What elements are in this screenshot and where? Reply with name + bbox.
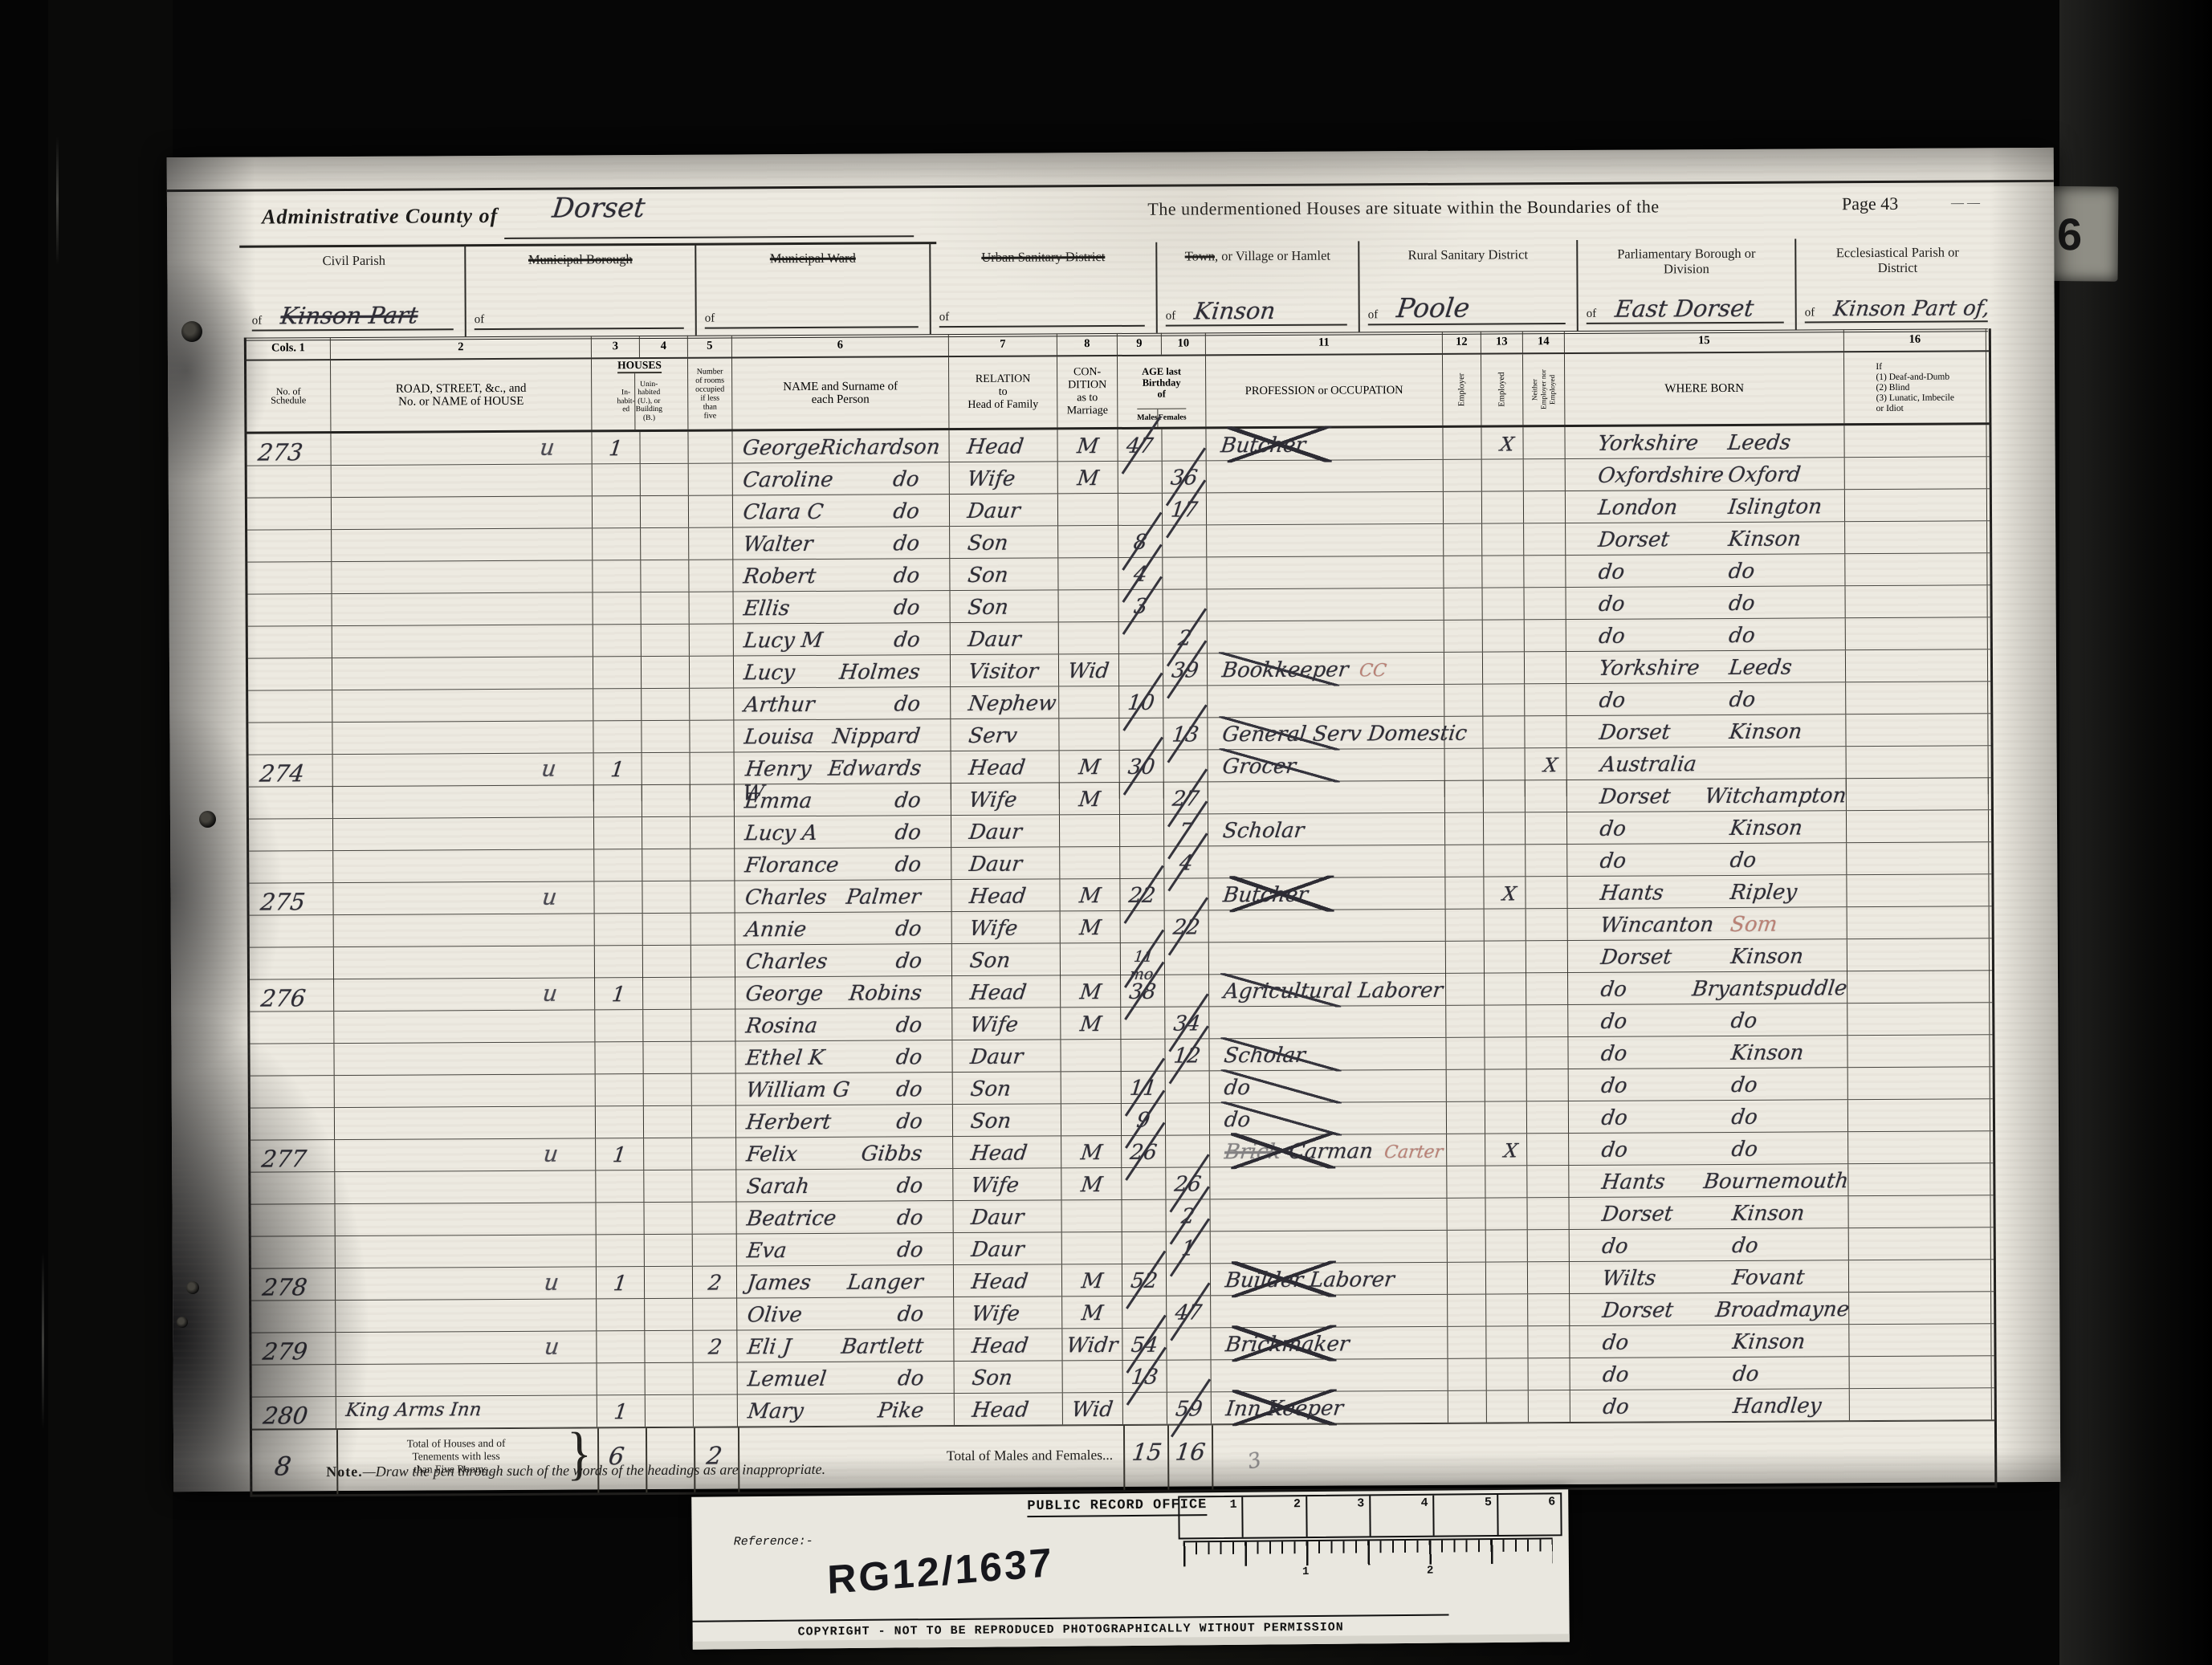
cell-house: u bbox=[331, 432, 592, 465]
cell-condition: Wid bbox=[1063, 1393, 1123, 1424]
cell-occupation bbox=[1210, 1199, 1447, 1231]
cell-inhabited bbox=[597, 1299, 645, 1330]
rural-sanitary-label: Rural Sanitary District bbox=[1359, 246, 1576, 263]
cell-age-male: 38 bbox=[1121, 975, 1165, 1007]
cell-employed bbox=[1485, 1101, 1527, 1133]
cell-neither-employer-employed bbox=[1528, 1230, 1570, 1261]
cell-house bbox=[336, 1299, 597, 1332]
column-number: Cols. 1 bbox=[246, 337, 331, 360]
cell-relation: Son bbox=[953, 1104, 1061, 1136]
cell-employer bbox=[1444, 524, 1482, 556]
cell-name: Emmado bbox=[735, 784, 951, 816]
cell-condition bbox=[1063, 1361, 1123, 1392]
struck-town-word: Town bbox=[1185, 248, 1215, 263]
cell-house: u bbox=[334, 978, 595, 1011]
cell-age-female: 4 bbox=[1164, 846, 1208, 877]
cell-rooms bbox=[692, 1202, 736, 1233]
cell-employer bbox=[1444, 492, 1482, 523]
cell-age-female: 13 bbox=[1163, 718, 1208, 749]
cell-neither-employer-employed bbox=[1523, 427, 1565, 458]
occupation-value: Scholar bbox=[1221, 819, 1306, 844]
cell-condition: M bbox=[1058, 462, 1118, 493]
cell-occupation bbox=[1209, 1006, 1446, 1039]
cell-schedule-number bbox=[251, 1076, 335, 1108]
cell-infirmity bbox=[1847, 1003, 1990, 1035]
cell-condition: M bbox=[1060, 879, 1120, 910]
occupation-value: General Serv Domestic bbox=[1221, 722, 1469, 747]
cell-relation: Head bbox=[951, 879, 1060, 911]
cell-employer bbox=[1444, 621, 1483, 652]
cell-name: Beatricedo bbox=[736, 1201, 953, 1233]
age-male-value: 47 bbox=[1117, 434, 1163, 458]
cell-occupation: Scholar bbox=[1209, 1038, 1446, 1071]
age-male-value: 13 bbox=[1122, 1366, 1168, 1390]
cell-condition bbox=[1061, 1040, 1121, 1071]
relation-value: Son bbox=[968, 949, 1012, 973]
cell-name: MaryPike bbox=[738, 1394, 955, 1426]
cell-schedule-number: 276 bbox=[250, 979, 334, 1012]
cm-number: 1 bbox=[1302, 1565, 1310, 1578]
cell-inhabited bbox=[595, 914, 643, 945]
column-header-row: No. of Schedule ROAD, STREET, &c., and N… bbox=[246, 352, 1989, 434]
header-females: Females bbox=[1159, 409, 1187, 427]
cell-schedule-number bbox=[249, 787, 333, 819]
inhabited-value: 1 bbox=[609, 758, 625, 782]
cell-rooms: 2 bbox=[693, 1266, 737, 1297]
cell-rooms bbox=[691, 945, 735, 980]
condition-value: M bbox=[1080, 1269, 1104, 1293]
relation-value: Daur bbox=[967, 820, 1023, 845]
inhabited-value: 1 bbox=[611, 983, 627, 1007]
cell-employed: X bbox=[1484, 877, 1526, 908]
cell-name: Olivedo bbox=[737, 1297, 954, 1329]
header-age-group: AGE last Birthday of Males Females bbox=[1118, 356, 1206, 427]
column-number: 5 bbox=[688, 335, 732, 356]
municipal-borough-cell: Municipal Borough of bbox=[466, 245, 697, 337]
condition-value: M bbox=[1080, 1301, 1104, 1325]
schedule-number-value: 274 bbox=[259, 759, 306, 787]
occupation-value: Inn Keeper bbox=[1224, 1397, 1345, 1422]
cell-schedule-number bbox=[247, 562, 332, 594]
header-rooms: Number of rooms occupied if less than fi… bbox=[688, 358, 732, 429]
cell-age-female: 59 bbox=[1167, 1392, 1212, 1423]
condition-value: M bbox=[1079, 1141, 1103, 1165]
inch-cell: 6 bbox=[1498, 1494, 1561, 1535]
relation-value: Wife bbox=[970, 1302, 1020, 1326]
cell-condition: M bbox=[1057, 429, 1118, 461]
cell-rooms bbox=[689, 495, 733, 527]
condition-value: Wid bbox=[1067, 659, 1111, 683]
cell-infirmity bbox=[1847, 938, 1990, 975]
cell-condition bbox=[1060, 815, 1120, 846]
cell-rooms bbox=[688, 431, 732, 462]
civil-parish-label: Civil Parish bbox=[243, 252, 464, 268]
cell-schedule-number bbox=[247, 530, 332, 562]
inch-cell: 2 bbox=[1244, 1496, 1308, 1537]
cell-employed bbox=[1482, 491, 1524, 523]
scan-scratch bbox=[56, 136, 59, 265]
civil-parish-value: Kinson Part bbox=[279, 302, 420, 330]
cell-neither-employer-employed bbox=[1524, 459, 1566, 491]
table-body: 273u1GeorgeRichardsonHeadM47ButcherXYork… bbox=[246, 425, 1994, 1429]
cell-age-female: 22 bbox=[1165, 910, 1209, 942]
cell-occupation: Scholar bbox=[1208, 813, 1445, 846]
cell-name: Lemueldo bbox=[738, 1362, 955, 1394]
house-tick-mark: u bbox=[539, 434, 556, 461]
cell-uninhabited bbox=[645, 1299, 693, 1330]
cell-age-male bbox=[1118, 462, 1163, 493]
cell-condition: M bbox=[1061, 911, 1121, 942]
cell-uninhabited bbox=[643, 1010, 691, 1041]
cell-schedule-number bbox=[250, 1012, 334, 1044]
occupation-value: do bbox=[1223, 1108, 1252, 1132]
cell-age-male: 52 bbox=[1122, 1264, 1167, 1296]
cell-where-born: doKinson bbox=[1568, 1036, 1847, 1069]
cell-house bbox=[333, 817, 594, 850]
cell-name: William Gdo bbox=[736, 1073, 953, 1105]
cell-neither-employer-employed bbox=[1526, 909, 1568, 940]
age-female-value: 12 bbox=[1164, 1044, 1211, 1068]
relation-value: Head bbox=[970, 1270, 1029, 1294]
rural-sanitary-cell: Rural Sanitary District of Poole bbox=[1359, 240, 1579, 332]
cell-employed bbox=[1482, 556, 1524, 587]
column-number: 16 bbox=[1844, 328, 1986, 351]
cell-occupation bbox=[1207, 492, 1444, 525]
cell-rooms bbox=[692, 1138, 736, 1169]
relation-value: Wife bbox=[966, 467, 1016, 491]
house-tick-mark: u bbox=[542, 1141, 560, 1167]
cell-inhabited bbox=[593, 464, 641, 495]
cell-relation: Wife bbox=[953, 1168, 1061, 1200]
cell-where-born: YorkshireLeeds bbox=[1566, 650, 1846, 683]
cell-where-born: HantsRipley bbox=[1567, 875, 1847, 908]
cell-inhabited bbox=[595, 946, 643, 981]
cell-employer bbox=[1446, 910, 1485, 941]
header-relation: RELATION to Head of Family bbox=[949, 356, 1057, 428]
cell-schedule-number bbox=[249, 851, 333, 883]
ecclesiastical-parish-value: Kinson Part of, bbox=[1832, 296, 1991, 321]
occupation-red-annotation: CC bbox=[1359, 661, 1388, 681]
age-male-value: 38 bbox=[1119, 980, 1166, 1004]
cell-occupation: do bbox=[1210, 1102, 1447, 1135]
cell-house bbox=[332, 625, 593, 657]
cell-name: Arthurdo bbox=[734, 687, 951, 719]
cell-infirmity bbox=[1845, 457, 1987, 489]
cell-employed bbox=[1483, 652, 1525, 683]
cell-age-male: 13 bbox=[1123, 1361, 1167, 1392]
occupation-value: Scholar bbox=[1223, 1044, 1307, 1069]
cell-uninhabited bbox=[642, 592, 690, 624]
cell-neither-employer-employed bbox=[1526, 877, 1567, 908]
urban-sanitary-label: Urban Sanitary District bbox=[931, 249, 1155, 265]
age-female-value: 47 bbox=[1165, 1301, 1212, 1325]
cell-relation: Daur bbox=[951, 622, 1059, 654]
header-employed: Employed bbox=[1497, 372, 1506, 407]
relation-value: Son bbox=[969, 1109, 1012, 1134]
cell-condition bbox=[1059, 719, 1119, 750]
relation-value: Wife bbox=[967, 788, 1018, 812]
cell-age-female bbox=[1163, 557, 1207, 588]
cell-employer bbox=[1448, 1359, 1487, 1390]
cell-rooms: 2 bbox=[693, 1330, 737, 1362]
header-infirmity: If (1) Deaf-and-Dumb (2) Blind (3) Lunat… bbox=[1844, 352, 1986, 423]
cell-condition: Widr bbox=[1062, 1329, 1122, 1360]
cell-employed bbox=[1486, 1262, 1528, 1293]
occupation-value: Agricultural Laborer bbox=[1222, 979, 1444, 1003]
cell-inhabited bbox=[597, 1363, 646, 1394]
cell-house bbox=[333, 849, 594, 882]
cell-infirmity bbox=[1849, 1227, 1991, 1260]
cell-infirmity bbox=[1847, 842, 1989, 874]
cell-age-female bbox=[1167, 1328, 1211, 1359]
cell-house bbox=[332, 496, 593, 529]
cell-neither-employer-employed bbox=[1525, 684, 1566, 715]
cell-rooms bbox=[691, 913, 735, 944]
ruler: 123456 12 bbox=[1178, 1492, 1562, 1592]
footer-note: Note.—Draw the pen through such of the w… bbox=[326, 1461, 825, 1480]
rooms-value: 2 bbox=[707, 1336, 723, 1360]
cell-where-born: DorsetKinson bbox=[1566, 522, 1845, 555]
cell-neither-employer-employed bbox=[1524, 491, 1566, 523]
schedule-number-value: 275 bbox=[259, 888, 307, 915]
cell-where-born: DorsetWitchampton bbox=[1567, 779, 1847, 812]
cell-schedule-number bbox=[247, 498, 332, 530]
cell-name: Clara Cdo bbox=[733, 495, 950, 527]
neither-mark: X bbox=[1542, 754, 1558, 776]
cell-relation: Wife bbox=[952, 1008, 1061, 1040]
cell-infirmity bbox=[1848, 1131, 1990, 1163]
cell-employed bbox=[1484, 780, 1526, 812]
schedule-number-value: 279 bbox=[261, 1337, 308, 1365]
cell-neither-employer-employed bbox=[1528, 1326, 1570, 1358]
relation-value: Nephew bbox=[967, 691, 1057, 716]
cell-house: u bbox=[335, 1138, 596, 1171]
cell-condition bbox=[1058, 494, 1118, 525]
cell-uninhabited bbox=[641, 496, 689, 527]
schedule-number-value: 278 bbox=[261, 1273, 308, 1301]
cell-name: Rosinado bbox=[735, 1008, 952, 1040]
cell-infirmity bbox=[1847, 1035, 1990, 1067]
cell-infirmity bbox=[1850, 1356, 1992, 1388]
cell-uninhabited bbox=[644, 1074, 692, 1105]
cell-occupation bbox=[1208, 781, 1445, 814]
cell-where-born: dodo bbox=[1566, 682, 1846, 715]
hole-punch bbox=[186, 1281, 199, 1294]
cell-occupation bbox=[1209, 910, 1446, 942]
age-male-value: 22 bbox=[1119, 884, 1166, 908]
cell-relation: Son bbox=[950, 526, 1058, 558]
cell-house bbox=[335, 1203, 596, 1236]
cell-house bbox=[332, 657, 593, 690]
condition-value: M bbox=[1075, 434, 1099, 458]
header-name: NAME and Surname of each Person bbox=[732, 357, 949, 429]
municipal-ward-label: Municipal Ward bbox=[696, 250, 929, 267]
employed-mark: X bbox=[1501, 882, 1517, 905]
cell-employer bbox=[1444, 556, 1482, 588]
cell-neither-employer-employed bbox=[1526, 812, 1567, 844]
cell-condition: M bbox=[1061, 1008, 1121, 1039]
cell-name: GeorgeRichardson bbox=[732, 430, 949, 462]
cell-where-born: DorsetKinson bbox=[1566, 714, 1846, 747]
cell-employer bbox=[1445, 845, 1484, 877]
cell-employer bbox=[1448, 1391, 1487, 1423]
cell-uninhabited bbox=[642, 625, 690, 656]
cell-name: JamesLanger bbox=[737, 1265, 954, 1297]
cell-employer bbox=[1447, 1166, 1485, 1198]
cell-age-female: 39 bbox=[1163, 653, 1208, 685]
hole-punch bbox=[181, 321, 202, 342]
header-uninhabited: Unin- habited (U.), or Building (B.) bbox=[636, 373, 663, 429]
cell-infirmity bbox=[1849, 1324, 1991, 1356]
cell-occupation: BookkeeperCC bbox=[1208, 653, 1444, 686]
cell-name: Robertdo bbox=[733, 559, 950, 591]
cell-infirmity bbox=[1850, 1388, 1992, 1420]
cell-house: u bbox=[333, 881, 594, 914]
cell-employed bbox=[1485, 1005, 1526, 1036]
cell-relation: Head bbox=[952, 975, 1061, 1008]
cell-uninhabited bbox=[645, 1331, 693, 1362]
header-schedule: No. of Schedule bbox=[246, 360, 331, 432]
pro-reference-number: RG12/1637 bbox=[827, 1539, 1054, 1603]
header-neither: Neither Employer nor Employed bbox=[1530, 369, 1557, 409]
column-number: 2 bbox=[331, 336, 592, 359]
cell-house bbox=[332, 528, 593, 561]
cell-employed bbox=[1485, 1069, 1527, 1101]
cell-relation: Wife bbox=[954, 1297, 1062, 1329]
cell-name: Walterdo bbox=[733, 527, 950, 559]
top-rule bbox=[167, 180, 2054, 192]
cell-rooms bbox=[691, 977, 735, 1008]
cell-house: u bbox=[336, 1267, 597, 1300]
cell-occupation: General Serv Domestic bbox=[1208, 717, 1444, 750]
cell-employed bbox=[1487, 1358, 1529, 1390]
note-text: —Draw the pen through such of the words … bbox=[363, 1461, 825, 1480]
cell-rooms bbox=[690, 656, 734, 687]
cell-relation: Daur bbox=[952, 1040, 1061, 1072]
cell-where-born: DorsetBroadmayne bbox=[1570, 1293, 1849, 1325]
cell-where-born: dodo bbox=[1570, 1357, 1850, 1390]
cell-employed bbox=[1485, 1198, 1527, 1229]
inch-cell: 1 bbox=[1179, 1497, 1244, 1538]
schedule-number-value: 276 bbox=[259, 984, 307, 1012]
cell-schedule-number bbox=[248, 626, 332, 658]
cell-condition bbox=[1061, 1072, 1122, 1103]
cell-infirmity bbox=[1848, 1067, 1990, 1099]
cell-infirmity bbox=[1846, 682, 1988, 714]
of-label: of bbox=[705, 312, 715, 326]
cell-schedule-number bbox=[251, 1236, 336, 1268]
cell-occupation bbox=[1212, 1359, 1448, 1392]
cell-schedule-number bbox=[250, 947, 334, 983]
parliamentary-borough-cell: Parliamentary Borough or Division of Eas… bbox=[1578, 239, 1797, 331]
cell-inhabited bbox=[596, 1074, 644, 1105]
cell-occupation bbox=[1207, 556, 1444, 589]
cell-infirmity bbox=[1845, 553, 1987, 585]
cell-inhabited bbox=[593, 689, 642, 720]
cell-inhabited: 1 bbox=[595, 978, 643, 1009]
cell-name: FelixGibbs bbox=[736, 1137, 953, 1169]
cell-house bbox=[332, 464, 593, 497]
cell-infirmity bbox=[1847, 971, 1990, 1003]
administrative-county-box: Administrative County of Dorset bbox=[239, 189, 936, 248]
cell-neither-employer-employed bbox=[1526, 941, 1568, 976]
relation-value: Wife bbox=[969, 1013, 1020, 1037]
cell-employer bbox=[1444, 653, 1483, 684]
relation-value: Daur bbox=[970, 1206, 1025, 1230]
cell-employed bbox=[1487, 1390, 1529, 1422]
cell-neither-employer-employed bbox=[1526, 845, 1567, 876]
cell-inhabited bbox=[593, 625, 642, 656]
cell-rooms bbox=[691, 1009, 735, 1040]
cell-rooms bbox=[693, 1298, 737, 1329]
cell-rooms bbox=[690, 816, 735, 848]
cell-neither-employer-employed bbox=[1525, 652, 1566, 683]
cell-age-male: 47 bbox=[1118, 429, 1162, 461]
cell-house: u bbox=[336, 1331, 597, 1364]
cell-inhabited bbox=[594, 881, 642, 913]
column-number: 8 bbox=[1057, 333, 1118, 355]
column-number: 15 bbox=[1565, 329, 1844, 352]
ecclesiastical-parish-cell: Ecclesiastical Parish or District of Kin… bbox=[1796, 238, 1999, 329]
cell-schedule-number bbox=[248, 594, 332, 626]
cell-occupation bbox=[1208, 845, 1445, 878]
cell-house bbox=[334, 1010, 595, 1043]
cell-name: Evado bbox=[737, 1233, 954, 1265]
cell-inhabited bbox=[593, 657, 642, 688]
cell-inhabited: 1 bbox=[597, 1395, 646, 1427]
cell-employed bbox=[1485, 909, 1526, 940]
cell-schedule-number bbox=[249, 819, 333, 851]
cell-house bbox=[335, 1170, 596, 1203]
relation-value: Head bbox=[967, 756, 1027, 780]
cell-neither-employer-employed bbox=[1527, 1134, 1569, 1165]
cell-uninhabited bbox=[644, 1203, 692, 1234]
cell-inhabited bbox=[596, 1170, 644, 1202]
cell-neither-employer-employed bbox=[1527, 1101, 1569, 1133]
cell-occupation: Agricultural Laborer bbox=[1209, 974, 1446, 1007]
cell-employer bbox=[1444, 717, 1483, 748]
cell-age-female bbox=[1163, 525, 1207, 556]
cell-schedule-number bbox=[247, 466, 332, 498]
cell-age-female bbox=[1166, 1103, 1210, 1134]
condition-value: M bbox=[1077, 788, 1102, 812]
cell-inhabited bbox=[596, 1203, 644, 1234]
cell-infirmity bbox=[1848, 1195, 1990, 1227]
cell-inhabited: 1 bbox=[596, 1138, 644, 1170]
schedule-number-value: 277 bbox=[260, 1145, 308, 1172]
cell-uninhabited bbox=[645, 1235, 693, 1266]
hole-punch bbox=[199, 811, 216, 828]
cell-occupation: Butcher bbox=[1208, 877, 1445, 910]
cell-uninhabited bbox=[642, 657, 690, 688]
header-inhabited: In- habit- ed bbox=[617, 373, 636, 429]
house-tick-mark: u bbox=[543, 1269, 560, 1296]
cell-where-born: DorsetKinson bbox=[1569, 1196, 1848, 1229]
cell-where-born: dodo bbox=[1569, 1100, 1848, 1133]
cell-employed bbox=[1485, 1037, 1526, 1069]
cell-neither-employer-employed bbox=[1524, 523, 1566, 555]
cell-occupation: Inn Keeper bbox=[1212, 1391, 1448, 1424]
cell-neither-employer-employed bbox=[1529, 1358, 1570, 1390]
civil-parish-cell: Civil Parish of Kinson Part bbox=[243, 246, 466, 337]
cell-name: Carolinedo bbox=[733, 462, 950, 495]
cell-employed bbox=[1482, 588, 1524, 619]
cell-rooms bbox=[694, 1362, 738, 1394]
cell-name: Ellisdo bbox=[734, 591, 951, 623]
cell-employer bbox=[1445, 877, 1484, 909]
cell-neither-employer-employed bbox=[1526, 1037, 1568, 1069]
cell-where-born: dodo bbox=[1566, 554, 1845, 587]
